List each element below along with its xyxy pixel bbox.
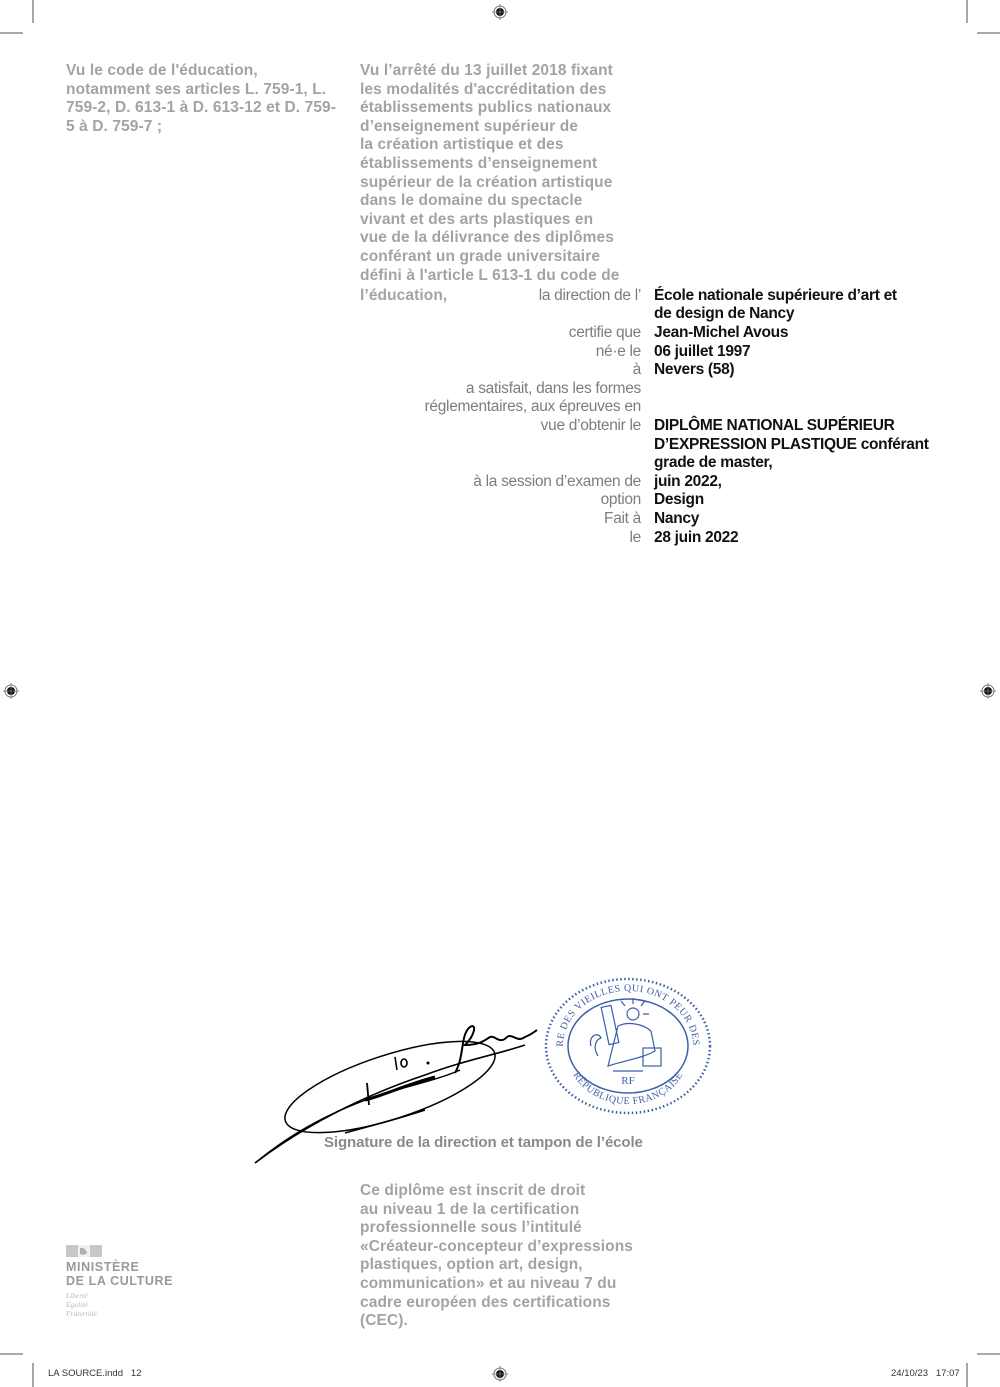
field-row: réglementaires, aux épreuves en	[360, 398, 960, 417]
text-line: Vu le code de l'éducation,	[66, 62, 356, 81]
field-row: vue d’obtenir leDIPLÔME NATIONAL SUPÉRIE…	[360, 417, 960, 473]
text-line: conférant un grade universitaire	[360, 248, 660, 267]
field-row: Fait àNancy	[360, 510, 960, 529]
field-value: 06 juillet 1997	[654, 343, 954, 362]
field-row: a satisfait, dans les formes	[360, 380, 960, 399]
field-value: Nevers (58)	[654, 361, 954, 380]
text-line: communication» et au niveau 7 du	[360, 1275, 660, 1294]
field-label: à la session d’examen de	[360, 473, 641, 492]
field-value-line: DIPLÔME NATIONAL SUPÉRIEUR	[654, 417, 954, 436]
slug-date: 24/10/23	[891, 1368, 928, 1379]
field-value-line: juin 2022,	[654, 473, 954, 492]
crop-mark-top-left-horizontal	[0, 32, 23, 34]
field-value-line	[654, 380, 954, 399]
field-value-line: grade de master,	[654, 454, 954, 473]
field-label: réglementaires, aux épreuves en	[360, 398, 641, 417]
field-row: à la session d’examen dejuin 2022,	[360, 473, 960, 492]
ministry-name-line-1: MINISTÈRE	[66, 1260, 173, 1274]
text-line: défini à l'article L 613-1 du code de	[360, 267, 660, 286]
field-value: DIPLÔME NATIONAL SUPÉRIEURD’EXPRESSION P…	[654, 417, 954, 473]
text-line: 5 à D. 759-7 ;	[66, 118, 356, 137]
field-row: àNevers (58)	[360, 361, 960, 380]
crop-mark-bottom-left-vertical	[32, 1363, 34, 1387]
field-value-line: Jean-Michel Avous	[654, 324, 954, 343]
text-line: d’enseignement supérieur de	[360, 118, 660, 137]
field-label: option	[360, 491, 641, 510]
print-slug-left: LA SOURCE.indd 12	[48, 1368, 141, 1379]
registration-mark-left-icon	[3, 683, 19, 699]
legal-reference-code-education: Vu le code de l'éducation, notamment ses…	[66, 62, 356, 136]
field-value: Nancy	[654, 510, 954, 529]
text-line: plastiques, option art, design,	[360, 1256, 660, 1275]
print-slug-right: 24/10/23 17:07	[891, 1368, 960, 1379]
crop-mark-bottom-right-vertical	[966, 1363, 968, 1387]
text-line: vivant et des arts plastiques en	[360, 211, 660, 230]
registration-mark-top-icon	[492, 4, 508, 20]
text-line: 759-2, D. 613-1 à D. 613-12 et D. 759-	[66, 99, 356, 118]
signature-caption: Signature de la direction et tampon de l…	[324, 1134, 643, 1151]
text-line: établissements publics nationaux	[360, 99, 660, 118]
text-line: (CEC).	[360, 1312, 660, 1331]
field-value-line	[654, 398, 954, 417]
field-label: vue d’obtenir le	[360, 417, 641, 473]
field-label: né·e le	[360, 343, 641, 362]
registration-mark-right-icon	[980, 683, 996, 699]
field-value: École nationale supérieure d’art etde de…	[654, 287, 954, 324]
field-value: juin 2022,	[654, 473, 954, 492]
text-line: supérieur de la création artistique	[360, 174, 660, 193]
slug-time: 17:07	[936, 1368, 960, 1379]
field-value-line: de design de Nancy	[654, 305, 954, 324]
field-value: Jean-Michel Avous	[654, 324, 954, 343]
text-line: cadre européen des certifications	[360, 1294, 660, 1313]
legal-reference-arrete: Vu l’arrêté du 13 juillet 2018 fixant le…	[360, 62, 660, 285]
field-value: 28 juin 2022	[654, 529, 954, 548]
field-value-line: D’EXPRESSION PLASTIQUE conférant	[654, 436, 954, 455]
field-value-line: Nancy	[654, 510, 954, 529]
crop-mark-top-right-horizontal	[977, 32, 1000, 34]
crop-mark-bottom-right-horizontal	[977, 1353, 1000, 1355]
text-line: au niveau 1 de la certification	[360, 1201, 660, 1220]
field-value	[654, 398, 954, 417]
field-row: optionDesign	[360, 491, 960, 510]
svg-text:MINISTÈRE DES VIEILLES QUI ONT: MINISTÈRE DES VIEILLES QUI ONT PEUR DES …	[543, 976, 701, 1047]
field-label: certifie que	[360, 324, 641, 343]
field-value-line: 28 juin 2022	[654, 529, 954, 548]
text-line: les modalités d'accréditation des	[360, 81, 660, 100]
registration-mark-bottom-icon	[492, 1366, 508, 1382]
field-row: certifie queJean-Michel Avous	[360, 324, 960, 343]
text-line: professionnelle sous l’intitulé	[360, 1219, 660, 1238]
marianne-flag-icon	[66, 1245, 102, 1257]
field-row: le28 juin 2022	[360, 529, 960, 548]
field-value-line: Design	[654, 491, 954, 510]
field-row: né·e le06 juillet 1997	[360, 343, 960, 362]
text-line: Vu l’arrêté du 13 juillet 2018 fixant	[360, 62, 660, 81]
school-stamp: MINISTÈRE DES VIEILLES QUI ONT PEUR DES …	[543, 976, 713, 1116]
crop-mark-bottom-left-horizontal	[0, 1353, 23, 1355]
certification-notice: Ce diplôme est inscrit de droit au nivea…	[360, 1182, 660, 1331]
text-line: «Créateur-concepteur d’expressions	[360, 1238, 660, 1257]
motto-liberte: Liberté	[66, 1291, 173, 1300]
motto-egalite: Égalité	[66, 1300, 173, 1309]
field-label: a satisfait, dans les formes	[360, 380, 641, 399]
text-line: Ce diplôme est inscrit de droit	[360, 1182, 660, 1201]
text-line: établissements d’enseignement	[360, 155, 660, 174]
field-value: Design	[654, 491, 954, 510]
text-line: la création artistique et des	[360, 136, 660, 155]
slug-page: 12	[131, 1368, 142, 1379]
field-label: Fait à	[360, 510, 641, 529]
field-value-line: 06 juillet 1997	[654, 343, 954, 362]
text-line: notamment ses articles L. 759-1, L.	[66, 81, 356, 100]
crop-mark-top-right-vertical	[966, 0, 968, 23]
motto-fraternite: Fraternité	[66, 1309, 173, 1318]
slug-filename: LA SOURCE.indd	[48, 1368, 123, 1379]
field-value-line: Nevers (58)	[654, 361, 954, 380]
ministry-logo: MINISTÈRE DE LA CULTURE Liberté Égalité …	[66, 1245, 173, 1318]
field-label: la direction de l’	[360, 287, 641, 324]
text-line: dans le domaine du spectacle	[360, 192, 660, 211]
field-label: le	[360, 529, 641, 548]
field-value-line: École nationale supérieure d’art et	[654, 287, 954, 306]
crop-mark-top-left-vertical	[32, 0, 34, 23]
field-row: la direction de l’École nationale supéri…	[360, 287, 960, 324]
ministry-name-line-2: DE LA CULTURE	[66, 1274, 173, 1288]
svg-text:RF: RF	[621, 1075, 634, 1087]
field-value	[654, 380, 954, 399]
field-label: à	[360, 361, 641, 380]
text-line: vue de la délivrance des diplômes	[360, 229, 660, 248]
